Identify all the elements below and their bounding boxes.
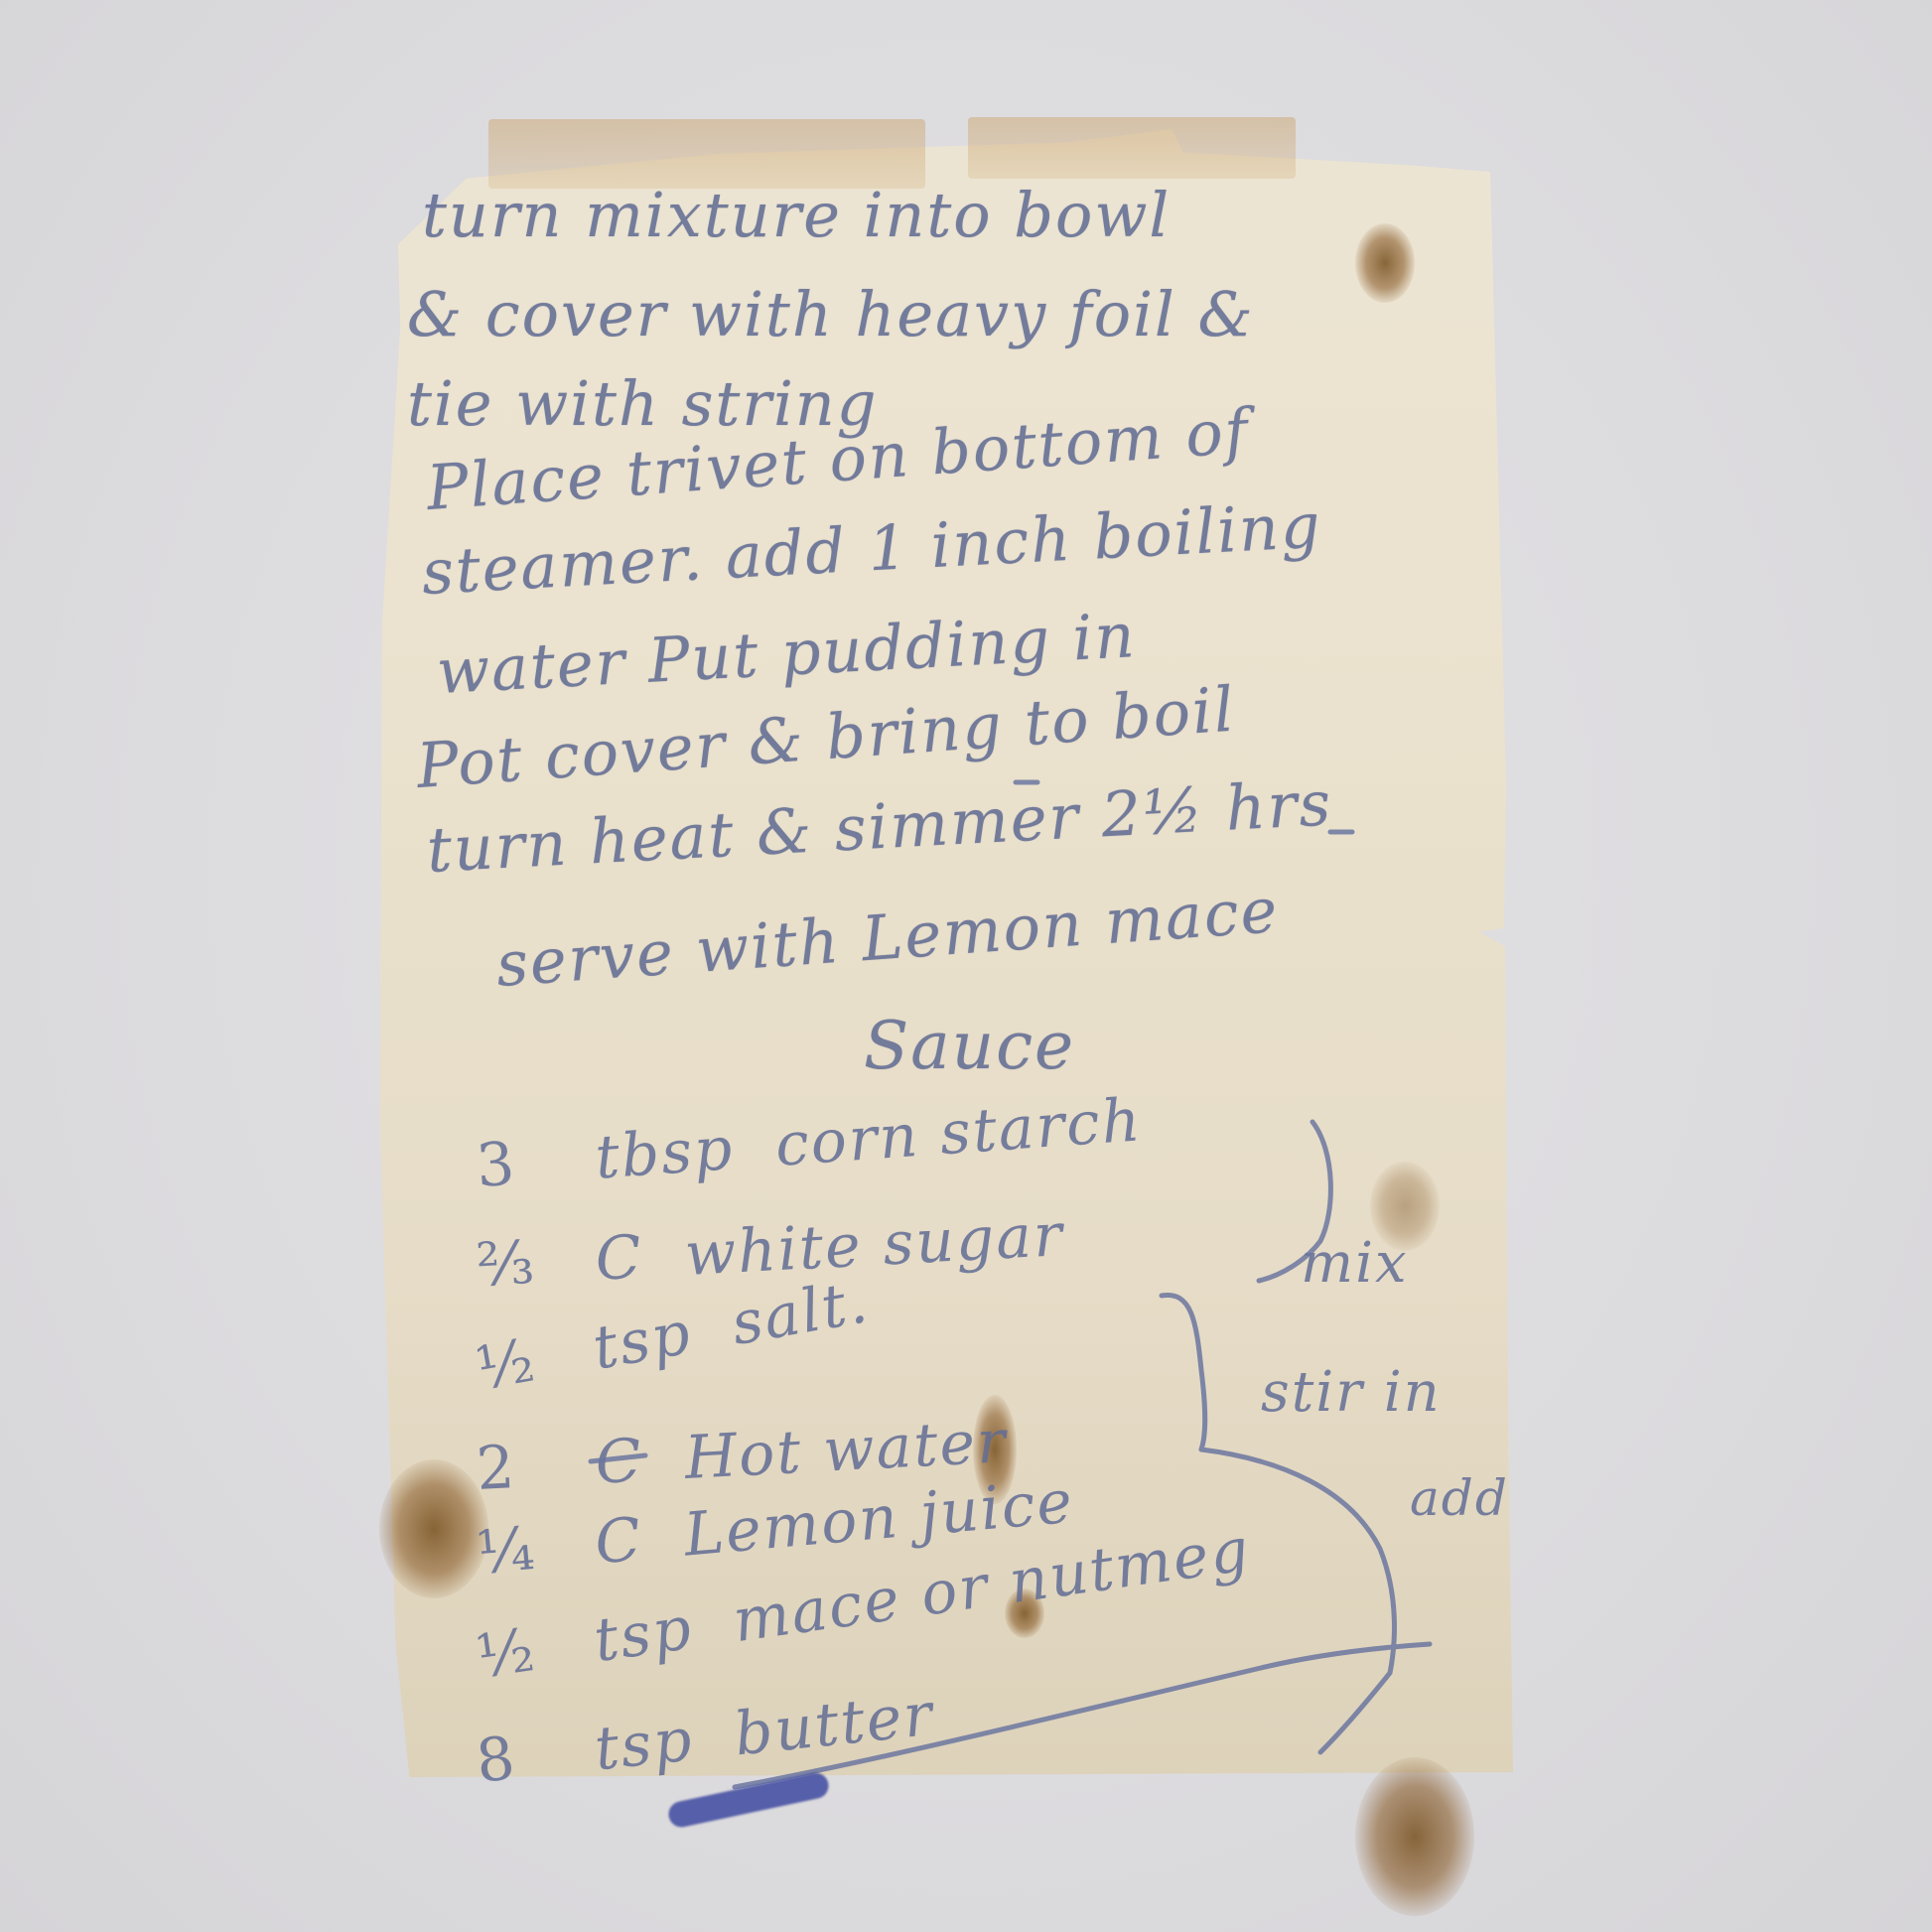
ingredient-qty: 2 (475, 1429, 597, 1504)
side-note-mix: mix (1301, 1231, 1409, 1296)
side-note-add: add (1410, 1469, 1509, 1527)
ingredient-unit: tbsp (593, 1114, 736, 1193)
instruction-line: turn mixture into bowl (422, 179, 1171, 251)
stain-top-right (1355, 223, 1415, 303)
ingredient-qty: ⅔ (475, 1225, 597, 1301)
ingredient-unit: C (592, 1504, 645, 1578)
tape-residue-right (968, 117, 1296, 179)
side-note-stir-in: stir in (1261, 1360, 1442, 1425)
instruction-line: & cover with heavy foil & (407, 278, 1255, 350)
ingredient-unit: C (594, 1426, 645, 1497)
ingredient-unit: tsp (590, 1593, 697, 1676)
ingredient-qty: ¼ (474, 1509, 599, 1588)
ingredient-qty: 3 (475, 1124, 599, 1201)
ingredient-unit: C (594, 1222, 645, 1294)
stain-left-margin (379, 1459, 488, 1598)
ingredient-qty: 8 (473, 1716, 599, 1797)
ingredient-unit: tsp (592, 1705, 697, 1784)
sauce-heading: Sauce (864, 1008, 1075, 1084)
stain-bottom-right (1355, 1757, 1474, 1916)
